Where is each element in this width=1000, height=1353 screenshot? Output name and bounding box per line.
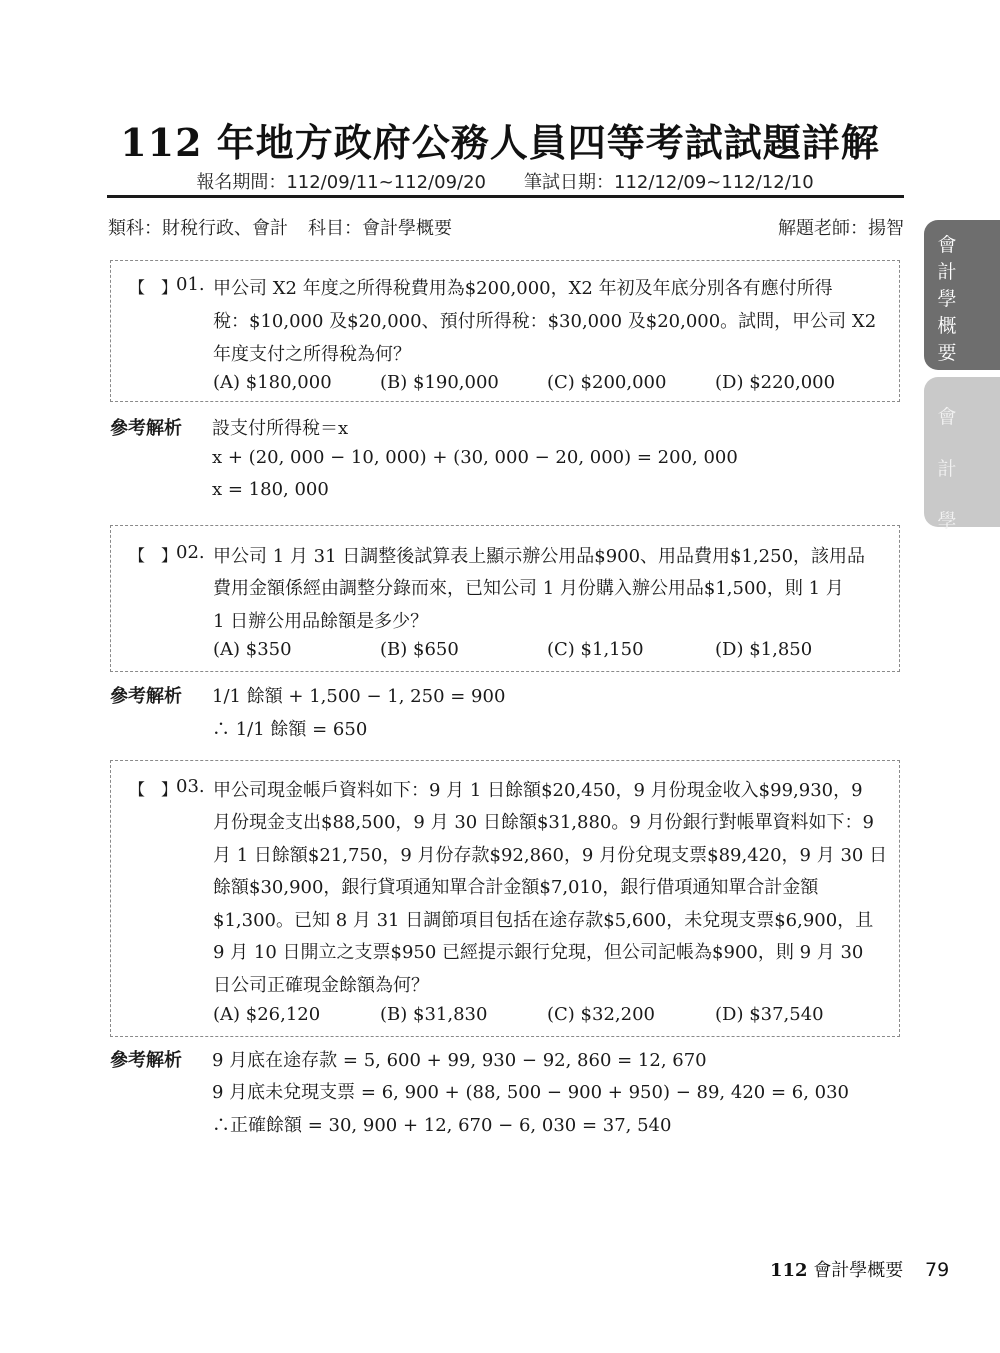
side-tab-label: 會計學 — [934, 391, 960, 547]
question-text-line: 費用金額係經由調整分錄而來，已知公司 1 月份購入辦公用品$1,500，則 1 … — [213, 574, 844, 600]
question-text-line: 9 月 10 日開立之支票$950 已經提示銀行兌現，但公司記帳為$900，則 … — [213, 938, 863, 964]
side-tab-accounting[interactable]: 會計學 — [924, 377, 1000, 527]
solution-line: ∴正確餘額 = 30, 900 + 12, 670 − 6, 030 = 37,… — [212, 1111, 671, 1137]
question-box-01: 【 】 01. 甲公司 X2 年度之所得稅費用為$200,000，X2 年初及年… — [110, 260, 900, 402]
option-d[interactable]: (D) $220,000 — [715, 372, 835, 393]
question-text-line: 月份現金支出$88,500，9 月 30 日餘額$31,880。9 月份銀行對帳… — [213, 808, 874, 834]
subject-label: 科目：會計學概要 — [308, 218, 452, 239]
header-divider — [107, 195, 904, 198]
option-a[interactable]: (A) $350 — [213, 639, 292, 660]
exam-schedule: 報名期間：112/09/11~112/09/20筆試日期：112/12/09~1… — [0, 168, 1000, 194]
solution-label: 參考解析 — [110, 1046, 182, 1072]
question-text-line: 甲公司 X2 年度之所得稅費用為$200,000，X2 年初及年底分別各有應付所… — [213, 274, 833, 300]
option-d[interactable]: (D) $37,540 — [715, 1004, 824, 1025]
question-number: 01. — [176, 274, 205, 295]
question-number: 02. — [176, 542, 205, 563]
option-d[interactable]: (D) $1,850 — [715, 639, 812, 660]
solution-line: 9 月底未兌現支票 = 6, 900 + (88, 500 − 900 + 95… — [212, 1078, 849, 1104]
question-text-line: 餘額$30,900，銀行貸項通知單合計金額$7,010，銀行借項通知單合計金額 — [213, 873, 818, 899]
question-text-line: 稅：$10,000 及$20,000、預付所得稅：$30,000 及$20,00… — [213, 307, 876, 333]
category-label: 類科：財稅行政、會計 — [108, 218, 288, 239]
question-text-line: 甲公司 1 月 31 日調整後試算表上顯示辦公用品$900、用品費用$1,250… — [213, 542, 865, 568]
answer-bracket[interactable]: 【 】 — [129, 275, 177, 298]
option-c[interactable]: (C) $32,200 — [547, 1004, 655, 1025]
option-b[interactable]: (B) $190,000 — [380, 372, 499, 393]
solution-line: ∴ 1/1 餘額 = 650 — [212, 715, 367, 741]
option-b[interactable]: (B) $31,830 — [380, 1004, 487, 1025]
exam-date: 筆試日期：112/12/09~112/12/10 — [524, 172, 814, 193]
option-a[interactable]: (A) $26,120 — [213, 1004, 320, 1025]
page-number: 79 — [925, 1259, 949, 1281]
option-b[interactable]: (B) $650 — [380, 639, 459, 660]
question-number: 03. — [176, 776, 205, 797]
question-text-line: $1,300。已知 8 月 31 日調節項目包括在途存款$5,600，未兌現支票… — [213, 906, 873, 932]
answer-bracket[interactable]: 【 】 — [129, 777, 177, 800]
solution-line: 9 月底在途存款 = 5, 600 + 99, 930 − 92, 860 = … — [212, 1046, 707, 1072]
answer-bracket[interactable]: 【 】 — [129, 543, 177, 566]
footer-book-title: 會計學概要 — [813, 1260, 903, 1281]
question-text-line: 日公司正確現金餘額為何？ — [213, 971, 429, 997]
question-text-line: 月 1 日餘額$21,750，9 月份存款$92,860，9 月份兌現支票$89… — [213, 841, 887, 867]
page-title: 112 年地方政府公務人員四等考試試題詳解 — [0, 112, 1000, 167]
teacher-label: 解題老師：揚智 — [778, 214, 904, 240]
solution-line: 1/1 餘額 + 1,500 − 1, 250 = 900 — [212, 682, 505, 708]
question-box-02: 【 】 02. 甲公司 1 月 31 日調整後試算表上顯示辦公用品$900、用品… — [110, 525, 900, 672]
question-text-line: 甲公司現金帳戶資料如下：9 月 1 日餘額$20,450，9 月份現金收入$99… — [213, 776, 863, 802]
page-footer: 112 會計學概要 79 — [770, 1256, 949, 1282]
option-c[interactable]: (C) $1,150 — [547, 639, 644, 660]
side-tab-label: 會計學概要 — [934, 232, 960, 367]
option-a[interactable]: (A) $180,000 — [213, 372, 332, 393]
side-tab-accounting-intro[interactable]: 會計學概要 — [924, 220, 1000, 370]
question-box-03: 【 】 03. 甲公司現金帳戶資料如下：9 月 1 日餘額$20,450，9 月… — [110, 760, 900, 1037]
question-text-line: 1 日辦公用品餘額是多少？ — [213, 607, 428, 633]
footer-year: 112 — [770, 1260, 808, 1281]
question-text-line: 年度支付之所得稅為何？ — [213, 340, 411, 366]
solution-label: 參考解析 — [110, 414, 182, 440]
option-c[interactable]: (C) $200,000 — [547, 372, 666, 393]
meta-row: 類科：財稅行政、會計科目：會計學概要 解題老師：揚智 — [108, 214, 904, 240]
solution-line: 設支付所得稅＝x — [212, 414, 348, 440]
registration-period: 報名期間：112/09/11~112/09/20 — [196, 172, 486, 193]
solution-label: 參考解析 — [110, 682, 182, 708]
solution-line: x = 180, 000 — [212, 479, 329, 500]
solution-line: x + (20, 000 − 10, 000) + (30, 000 − 20,… — [212, 447, 738, 468]
